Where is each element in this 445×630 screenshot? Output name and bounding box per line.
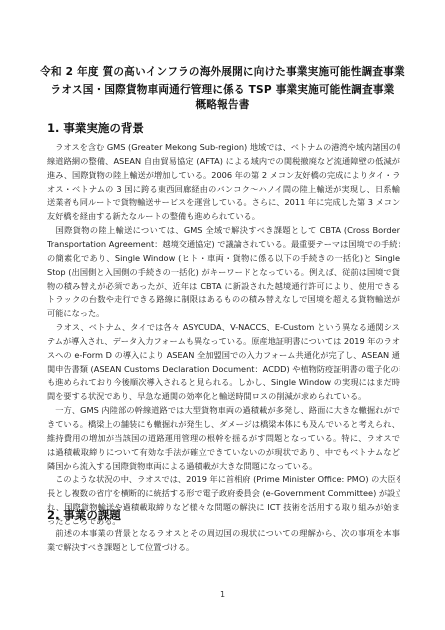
body-line: Stop (出国側と入国側の手続きの一括化) がキーワードとなっている。例えば、… xyxy=(47,267,400,277)
body-line: 関申告書類 (ASEAN Customs Declaration Documen… xyxy=(47,364,400,374)
body-line: 前述の本事業の背景となるラオスとその周辺国の現状についての理解から、次の事項を本… xyxy=(47,528,400,538)
body-line: の簡素化であり、Single Window (ヒト・車両・貨物に係る以下の手続き… xyxy=(47,253,400,263)
body-line: テムが導入され、データ入力フォームも異なっている。原産地証明書については 201… xyxy=(47,336,400,346)
body-line: ラオスを含む GMS (Greater Mekong Sub-region) 地… xyxy=(47,142,400,152)
body-line: 間を要する状況であり、早急な通関の効率化と輸送時間ロスの削減が求められている。 xyxy=(47,391,400,401)
body-line: 一方、GMS 内陸部の幹線道路では大型貨物車両の過積載が多発し、路面に大きな轍掘… xyxy=(47,405,400,415)
document-page: 令和 2 年度 質の高いインフラの海外展開に向けた事業実施可能性調査事業 ラオス… xyxy=(0,0,445,630)
section-1-heading: 1. 事業実施の背景 xyxy=(47,120,144,136)
body-line: スへの e-Form D の導入により ASEAN 全加盟国での入力フォーム共通… xyxy=(47,350,400,360)
body-line: 長とし複数の省庁を横断的に統括する形で電子政府委員会 (e-Government… xyxy=(47,488,400,498)
report-title-line-3: 概略報告書 xyxy=(0,97,445,112)
body-line: トラックの台数や走行できる路線に制限はあるものの積み替えなしで国境を超える貨物輸… xyxy=(47,294,400,304)
body-line: このような状況の中、ラオスでは、2019 年に首相府 (Prime Minist… xyxy=(47,474,400,484)
report-title-line-2: ラオス国・国際貨物車両通行管理に係る TSP 事業実施可能性調査事業 xyxy=(0,82,445,97)
body-line: 国際貨物の陸上輸送については、GMS 全域で解決すべき課題として CBTA (C… xyxy=(47,225,400,235)
body-line: 隣国から流入する国際貨物車両による過積載が大きな問題になっている。 xyxy=(47,461,400,471)
body-line: 進み、国際貨物の陸上輸送が増加している。2006 年の第 2 メコン友好橋の完成… xyxy=(47,170,400,180)
report-title-line-1: 令和 2 年度 質の高いインフラの海外展開に向けた事業実施可能性調査事業 xyxy=(0,64,445,79)
body-line: も進められており今後順次導入されると見られる。しかし、Single Window… xyxy=(47,377,400,387)
body-line: 可能になった。 xyxy=(47,308,400,318)
section-2-heading: 2. 事業の課題 xyxy=(47,507,121,523)
body-line: 物の積み替えが必須であったが、近年は CBTA に新設された越境通行許可により、… xyxy=(47,281,400,291)
body-line: 線道路網の整備、ASEAN 自由貿易協定 (AFTA) による域内での関税撤廃な… xyxy=(47,156,400,166)
body-line: は過積載取締りについて有効な手法が確立できていないのが現状であり、中でもベトナム… xyxy=(47,447,400,457)
body-line: 送業者も同ルートで貨物輸送サービスを運営している。さらに、2011 年に完成した… xyxy=(47,197,400,207)
body-line: オス・ベトナムの 3 国に跨る東西回廊経由のバンコク～ハノイ間の陸上輸送が実現し… xyxy=(47,184,400,194)
body-line: Transportation Agreement：越境交通協定) で議論されてい… xyxy=(47,239,400,249)
body-line: ラオス、ベトナム、タイでは各々 ASYCUDA、V-NACCS、E-Custom… xyxy=(47,322,400,332)
body-line: 維持費用の増加が当該国の道路運用管理の根幹を揺るがす問題となっている。特に、ラオ… xyxy=(47,433,400,443)
page-number: 1 xyxy=(0,590,445,599)
body-line: 友好橋を経由する新たなルートの整備も進められている。 xyxy=(47,211,400,221)
body-line: 業で解決すべき課題として位置づける。 xyxy=(47,542,400,552)
body-line: きている。橋梁上の舗装にも轍掘れが発生し、ダメージは橋梁本体にも及んでいると考え… xyxy=(47,419,400,429)
